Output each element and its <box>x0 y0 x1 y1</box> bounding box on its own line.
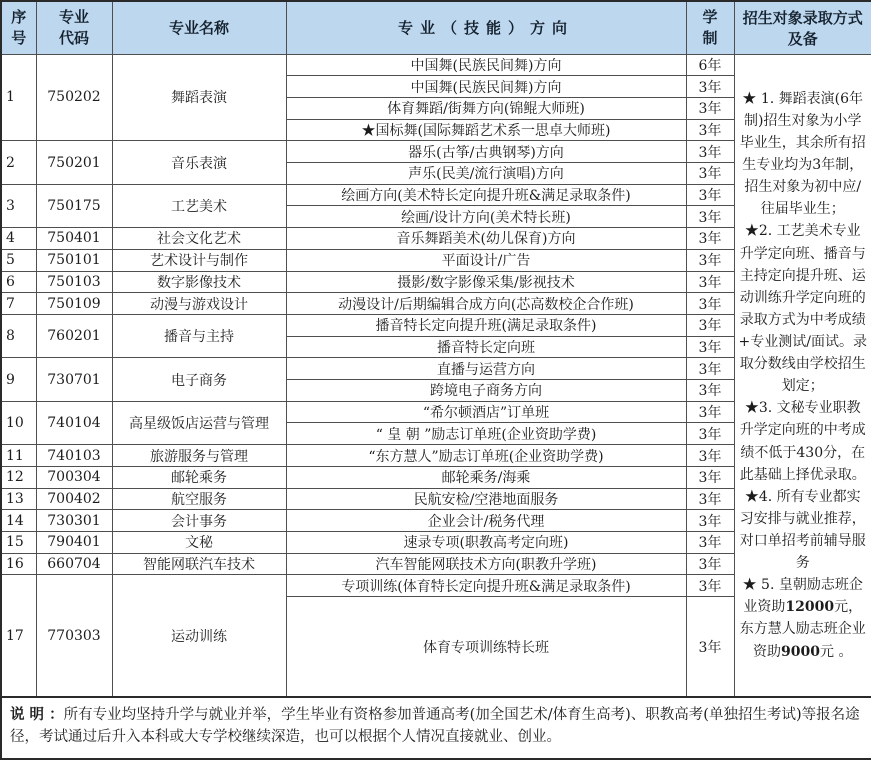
cell-row-number: 10 <box>1 401 36 444</box>
cell-row-number: 14 <box>1 510 36 532</box>
cell-row-number: 9 <box>1 358 36 401</box>
cell-major-name: 艺术设计与制作 <box>112 249 286 271</box>
cell-skill-direction: 企业会计/税务代理 <box>286 510 686 532</box>
cell-major-code: 760201 <box>36 314 112 357</box>
cell-skill-direction: 直播与运营方向 <box>286 358 686 380</box>
cell-skill-direction: 绘画方向(美术特长定向提升班&满足录取条件) <box>286 184 686 206</box>
cell-years: 3年 <box>686 510 734 532</box>
cell-skill-direction: 体育舞蹈/街舞方向(锦鲲大师班) <box>286 97 686 119</box>
cell-row-number: 4 <box>1 228 36 250</box>
cell-years: 3年 <box>686 488 734 510</box>
cell-years: 3年 <box>686 597 734 697</box>
cell-major-name: 工艺美术 <box>112 184 286 227</box>
cell-row-number: 3 <box>1 184 36 227</box>
cell-major-code: 700402 <box>36 488 112 510</box>
cell-row-number: 8 <box>1 314 36 357</box>
cell-major-name: 高星级饭店运营与管理 <box>112 401 286 444</box>
cell-row-number: 15 <box>1 531 36 553</box>
cell-admission-notes: ★ 1. 舞蹈表演(6年制)招生对象为小学毕业生，其余所有招生专业均为3年制，招… <box>734 54 871 697</box>
admission-note-paragraph: ★ 5. 皇朝励志班企业资助12000元，东方慧人励志班企业资助9000元 。 <box>739 574 868 662</box>
header-row: 序号 专业代码 专业名称 专业（技能）方向 学制 招生对象录取方式及备 <box>1 1 871 54</box>
cell-major-code: 730301 <box>36 510 112 532</box>
cell-major-name: 航空服务 <box>112 488 286 510</box>
cell-skill-direction: “ 皇 朝 ”励志订单班(企业资助学费) <box>286 423 686 445</box>
cell-major-code: 700304 <box>36 466 112 488</box>
cell-skill-direction: 中国舞(民族民间舞)方向 <box>286 76 686 98</box>
header-notes: 招生对象录取方式及备 <box>734 1 871 54</box>
cell-years: 3年 <box>686 466 734 488</box>
cell-row-number: 5 <box>1 249 36 271</box>
cell-row-number: 11 <box>1 445 36 467</box>
cell-row-number: 16 <box>1 553 36 575</box>
cell-skill-direction: 播音特长定向班 <box>286 336 686 358</box>
cell-skill-direction: 民航安检/空港地面服务 <box>286 488 686 510</box>
footer-note-label: 说 明 ： <box>10 706 64 723</box>
cell-skill-direction: 绘画/设计方向(美术特长班) <box>286 206 686 228</box>
cell-skill-direction: 跨境电子商务方向 <box>286 380 686 402</box>
footer-note: 说 明 ：所有专业均坚持升学与就业并举，学生毕业有资格参加普通高考(加全国艺术/… <box>1 697 871 759</box>
cell-major-code: 750201 <box>36 141 112 184</box>
cell-row-number: 7 <box>1 293 36 315</box>
cell-skill-direction: 音乐舞蹈美术(幼儿保育)方向 <box>286 228 686 250</box>
cell-major-code: 740104 <box>36 401 112 444</box>
cell-skill-direction: 动漫设计/后期编辑合成方向(芯高数校企合作班) <box>286 293 686 315</box>
cell-skill-direction: “东方慧人”励志订单班(企业资助学费) <box>286 445 686 467</box>
cell-skill-direction: 体育专项训练特长班 <box>286 597 686 697</box>
cell-major-name: 智能网联汽车技术 <box>112 553 286 575</box>
cell-years: 3年 <box>686 445 734 467</box>
cell-major-code: 750202 <box>36 54 112 141</box>
admission-note-paragraph: ★ 1. 舞蹈表演(6年制)招生对象为小学毕业生，其余所有招生专业均为3年制，招… <box>739 88 868 221</box>
cell-major-name: 数字影像技术 <box>112 271 286 293</box>
cell-row-number: 17 <box>1 575 36 697</box>
cell-major-code: 750101 <box>36 249 112 271</box>
cell-skill-direction: ★国标舞(国际舞蹈艺术系一思卓大师班) <box>286 119 686 141</box>
cell-major-name: 社会文化艺术 <box>112 228 286 250</box>
cell-major-name: 舞蹈表演 <box>112 54 286 141</box>
cell-years: 3年 <box>686 163 734 185</box>
cell-row-number: 13 <box>1 488 36 510</box>
cell-major-code: 750103 <box>36 271 112 293</box>
cell-major-name: 播音与主持 <box>112 314 286 357</box>
cell-years: 3年 <box>686 336 734 358</box>
cell-skill-direction: 器乐(古筝/古典钢琴)方向 <box>286 141 686 163</box>
cell-years: 3年 <box>686 184 734 206</box>
cell-major-code: 750109 <box>36 293 112 315</box>
cell-major-name: 会计事务 <box>112 510 286 532</box>
cell-skill-direction: 中国舞(民族民间舞)方向 <box>286 54 686 76</box>
cell-major-name: 文秘 <box>112 531 286 553</box>
cell-years: 3年 <box>686 249 734 271</box>
cell-years: 3年 <box>686 76 734 98</box>
footer-row: 说 明 ：所有专业均坚持升学与就业并举，学生毕业有资格参加普通高考(加全国艺术/… <box>1 697 871 759</box>
cell-skill-direction: “希尔顿酒店”订单班 <box>286 401 686 423</box>
cell-skill-direction: 速录专项(职教高考定向班) <box>286 531 686 553</box>
cell-years: 3年 <box>686 271 734 293</box>
cell-skill-direction: 邮轮乘务/海乘 <box>286 466 686 488</box>
header-major: 专业名称 <box>112 1 286 54</box>
cell-row-number: 1 <box>1 54 36 141</box>
enrollment-table-sheet: 序号 专业代码 专业名称 专业（技能）方向 学制 招生对象录取方式及备 1750… <box>0 0 871 760</box>
cell-skill-direction: 汽车智能网联技术方向(职教升学班) <box>286 553 686 575</box>
table-header: 序号 专业代码 专业名称 专业（技能）方向 学制 招生对象录取方式及备 <box>1 1 871 54</box>
footer-note-text: 所有专业均坚持升学与就业并举，学生毕业有资格参加普通高考(加全国艺术/体育生高考… <box>10 707 860 745</box>
admission-note-paragraph: ★3. 文秘专业职教升学定向班的中考成绩不低于430分，在此基础上择优录取。 <box>739 397 868 485</box>
cell-years: 3年 <box>686 380 734 402</box>
cell-years: 3年 <box>686 97 734 119</box>
cell-years: 3年 <box>686 358 734 380</box>
cell-skill-direction: 平面设计/广告 <box>286 249 686 271</box>
cell-major-code: 770303 <box>36 575 112 697</box>
admission-note-paragraph: ★2. 工艺美术专业升学定向班、播音与主持定向提升班、运动训练升学定向班的录取方… <box>739 220 868 397</box>
cell-major-code: 750175 <box>36 184 112 227</box>
header-direction: 专业（技能）方向 <box>286 1 686 54</box>
cell-years: 3年 <box>686 423 734 445</box>
cell-major-name: 运动训练 <box>112 575 286 697</box>
admission-note-paragraph: ★4. 所有专业都实习安排与就业推荐，对口单招考前辅导服务 <box>739 486 868 574</box>
enrollment-table: 序号 专业代码 专业名称 专业（技能）方向 学制 招生对象录取方式及备 1750… <box>0 0 871 760</box>
cell-years: 3年 <box>686 141 734 163</box>
cell-years: 6年 <box>686 54 734 76</box>
cell-skill-direction: 摄影/数字影像采集/影视技术 <box>286 271 686 293</box>
cell-major-code: 790401 <box>36 531 112 553</box>
cell-major-code: 660704 <box>36 553 112 575</box>
cell-major-code: 750401 <box>36 228 112 250</box>
cell-years: 3年 <box>686 314 734 336</box>
cell-major-code: 730701 <box>36 358 112 401</box>
table-footer: 说 明 ：所有专业均坚持升学与就业并举，学生毕业有资格参加普通高考(加全国艺术/… <box>1 697 871 759</box>
cell-years: 3年 <box>686 531 734 553</box>
cell-years: 3年 <box>686 401 734 423</box>
cell-years: 3年 <box>686 206 734 228</box>
cell-years: 3年 <box>686 553 734 575</box>
header-years: 学制 <box>686 1 734 54</box>
cell-major-name: 音乐表演 <box>112 141 286 184</box>
cell-row-number: 12 <box>1 466 36 488</box>
cell-skill-direction: 播音特长定向提升班(满足录取条件) <box>286 314 686 336</box>
cell-major-name: 邮轮乘务 <box>112 466 286 488</box>
cell-row-number: 6 <box>1 271 36 293</box>
cell-years: 3年 <box>686 119 734 141</box>
cell-major-code: 740103 <box>36 445 112 467</box>
table-row: 1750202舞蹈表演中国舞(民族民间舞)方向6年★ 1. 舞蹈表演(6年制)招… <box>1 54 871 76</box>
cell-major-name: 动漫与游戏设计 <box>112 293 286 315</box>
cell-row-number: 2 <box>1 141 36 184</box>
cell-years: 3年 <box>686 575 734 597</box>
cell-major-name: 电子商务 <box>112 358 286 401</box>
table-body: 1750202舞蹈表演中国舞(民族民间舞)方向6年★ 1. 舞蹈表演(6年制)招… <box>1 54 871 697</box>
header-no: 序号 <box>1 1 36 54</box>
cell-years: 3年 <box>686 228 734 250</box>
cell-major-name: 旅游服务与管理 <box>112 445 286 467</box>
cell-skill-direction: 声乐(民美/流行演唱)方向 <box>286 163 686 185</box>
cell-skill-direction: 专项训练(体育特长定向提升班&满足录取条件) <box>286 575 686 597</box>
header-code: 专业代码 <box>36 1 112 54</box>
cell-years: 3年 <box>686 293 734 315</box>
